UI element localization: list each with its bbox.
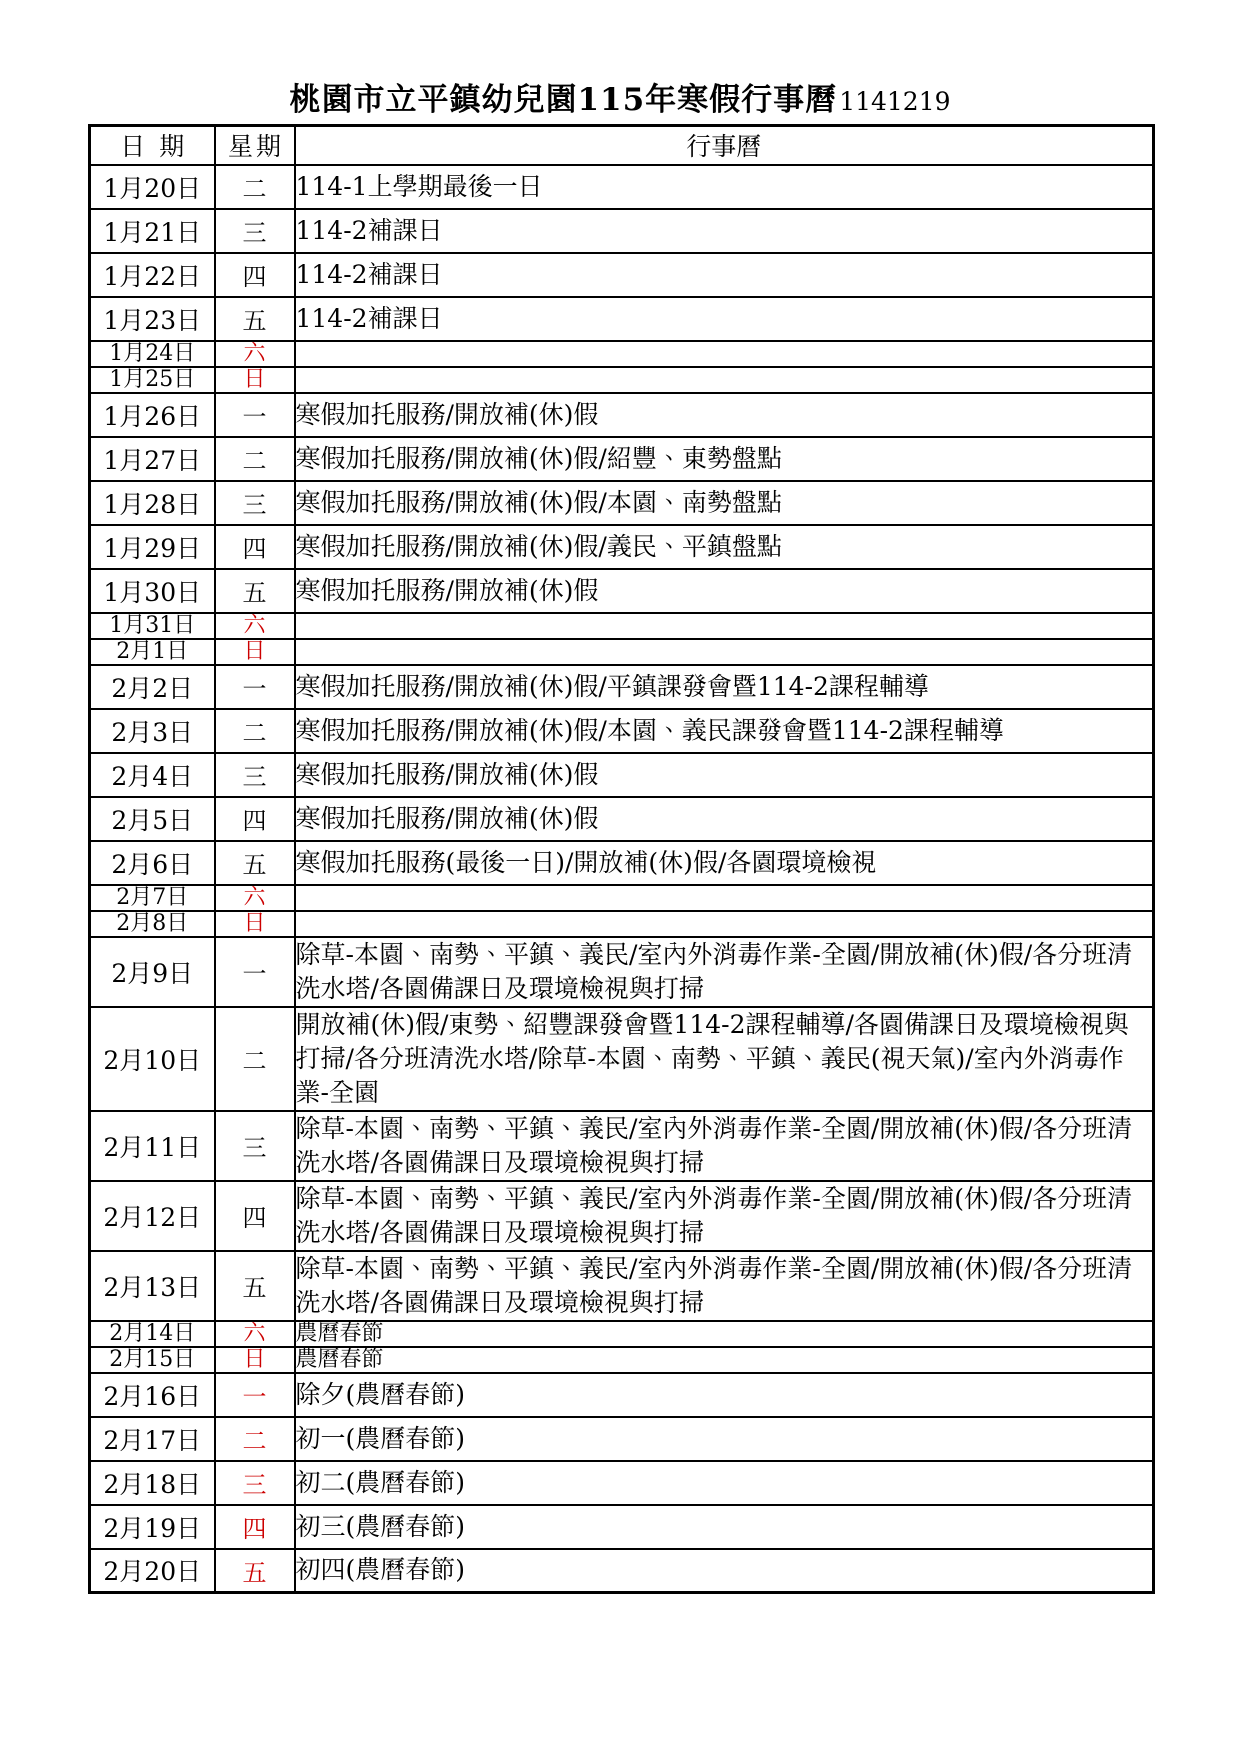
event-cell: 除草-本園、南勢、平鎮、義民/室內外消毒作業-全園/開放補(休)假/各分班清洗水… [295, 1251, 1154, 1321]
table-row: 2月6日五寒假加托服務(最後一日)/開放補(休)假/各園環境檢視 [90, 841, 1154, 885]
table-row: 2月9日一除草-本園、南勢、平鎮、義民/室內外消毒作業-全園/開放補(休)假/各… [90, 937, 1154, 1007]
event-cell: 開放補(休)假/東勢、紹豐課發會暨114-2課程輔導/各園備課日及環境檢視與打掃… [295, 1007, 1154, 1111]
header-date: 日期 [90, 126, 215, 165]
date-cell: 1月21日 [90, 209, 215, 253]
date-cell: 2月13日 [90, 1251, 215, 1321]
weekday-cell: 三 [215, 209, 295, 253]
date-cell: 2月7日 [90, 885, 215, 911]
weekday-cell: 五 [215, 297, 295, 341]
table-row: 1月28日三寒假加托服務/開放補(休)假/本園、南勢盤點 [90, 481, 1154, 525]
date-cell: 1月28日 [90, 481, 215, 525]
event-cell: 寒假加托服務/開放補(休)假/紹豐、東勢盤點 [295, 437, 1154, 481]
date-cell: 2月4日 [90, 753, 215, 797]
weekday-cell: 二 [215, 437, 295, 481]
weekday-cell: 六 [215, 613, 295, 639]
event-cell: 初四(農曆春節) [295, 1549, 1154, 1593]
event-cell: 寒假加托服務/開放補(休)假 [295, 753, 1154, 797]
date-cell: 1月25日 [90, 367, 215, 393]
date-cell: 1月27日 [90, 437, 215, 481]
event-cell [295, 367, 1154, 393]
header-weekday: 星期 [215, 126, 295, 165]
table-row: 2月3日二寒假加托服務/開放補(休)假/本園、義民課發會暨114-2課程輔導 [90, 709, 1154, 753]
date-cell: 1月26日 [90, 393, 215, 437]
event-cell [295, 341, 1154, 367]
date-cell: 1月24日 [90, 341, 215, 367]
table-row: 2月17日二初一(農曆春節) [90, 1417, 1154, 1461]
date-cell: 2月9日 [90, 937, 215, 1007]
weekday-cell: 五 [215, 1549, 295, 1593]
event-cell: 除草-本園、南勢、平鎮、義民/室內外消毒作業-全園/開放補(休)假/各分班清洗水… [295, 937, 1154, 1007]
event-cell [295, 911, 1154, 937]
table-row: 2月16日一除夕(農曆春節) [90, 1373, 1154, 1417]
table-row: 1月27日二寒假加托服務/開放補(休)假/紹豐、東勢盤點 [90, 437, 1154, 481]
weekday-cell: 三 [215, 1461, 295, 1505]
date-cell: 2月3日 [90, 709, 215, 753]
event-cell: 寒假加托服務(最後一日)/開放補(休)假/各園環境檢視 [295, 841, 1154, 885]
date-cell: 2月14日 [90, 1321, 215, 1347]
table-row: 1月26日一寒假加托服務/開放補(休)假 [90, 393, 1154, 437]
weekday-cell: 三 [215, 481, 295, 525]
event-cell: 寒假加托服務/開放補(休)假/本園、義民課發會暨114-2課程輔導 [295, 709, 1154, 753]
table-row: 2月14日六農曆春節 [90, 1321, 1154, 1347]
date-cell: 2月6日 [90, 841, 215, 885]
date-cell: 2月17日 [90, 1417, 215, 1461]
date-cell: 1月22日 [90, 253, 215, 297]
date-cell: 1月29日 [90, 525, 215, 569]
event-cell: 初二(農曆春節) [295, 1461, 1154, 1505]
table-row: 2月15日日農曆春節 [90, 1347, 1154, 1373]
weekday-cell: 一 [215, 393, 295, 437]
event-cell: 114-1上學期最後一日 [295, 165, 1154, 209]
table-row: 2月20日五初四(農曆春節) [90, 1549, 1154, 1593]
date-cell: 2月11日 [90, 1111, 215, 1181]
weekday-cell: 二 [215, 1417, 295, 1461]
weekday-cell: 日 [215, 367, 295, 393]
event-cell: 寒假加托服務/開放補(休)假/平鎮課發會暨114-2課程輔導 [295, 665, 1154, 709]
table-row: 2月4日三寒假加托服務/開放補(休)假 [90, 753, 1154, 797]
table-row: 2月1日日 [90, 639, 1154, 665]
event-cell: 寒假加托服務/開放補(休)假/本園、南勢盤點 [295, 481, 1154, 525]
date-cell: 1月30日 [90, 569, 215, 613]
header-row: 日期 星期 行事曆 [90, 126, 1154, 165]
weekday-cell: 三 [215, 1111, 295, 1181]
date-cell: 2月2日 [90, 665, 215, 709]
date-cell: 2月12日 [90, 1181, 215, 1251]
date-cell: 2月8日 [90, 911, 215, 937]
weekday-cell: 二 [215, 709, 295, 753]
weekday-cell: 六 [215, 885, 295, 911]
event-cell [295, 613, 1154, 639]
weekday-cell: 日 [215, 1347, 295, 1373]
table-row: 1月23日五114-2補課日 [90, 297, 1154, 341]
date-cell: 2月1日 [90, 639, 215, 665]
event-cell: 初一(農曆春節) [295, 1417, 1154, 1461]
table-row: 1月22日四114-2補課日 [90, 253, 1154, 297]
weekday-cell: 三 [215, 753, 295, 797]
table-row: 2月18日三初二(農曆春節) [90, 1461, 1154, 1505]
table-row: 1月29日四寒假加托服務/開放補(休)假/義民、平鎮盤點 [90, 525, 1154, 569]
table-row: 1月20日二114-1上學期最後一日 [90, 165, 1154, 209]
event-cell: 農曆春節 [295, 1347, 1154, 1373]
date-cell: 2月20日 [90, 1549, 215, 1593]
weekday-cell: 日 [215, 911, 295, 937]
event-cell: 寒假加托服務/開放補(休)假/義民、平鎮盤點 [295, 525, 1154, 569]
date-cell: 2月10日 [90, 1007, 215, 1111]
table-row: 2月12日四除草-本園、南勢、平鎮、義民/室內外消毒作業-全園/開放補(休)假/… [90, 1181, 1154, 1251]
event-cell: 114-2補課日 [295, 209, 1154, 253]
event-cell: 114-2補課日 [295, 297, 1154, 341]
date-cell: 2月19日 [90, 1505, 215, 1549]
weekday-cell: 四 [215, 525, 295, 569]
table-row: 2月5日四寒假加托服務/開放補(休)假 [90, 797, 1154, 841]
weekday-cell: 六 [215, 341, 295, 367]
weekday-cell: 四 [215, 797, 295, 841]
date-cell: 1月31日 [90, 613, 215, 639]
date-cell: 2月15日 [90, 1347, 215, 1373]
table-row: 2月11日三除草-本園、南勢、平鎮、義民/室內外消毒作業-全園/開放補(休)假/… [90, 1111, 1154, 1181]
event-cell: 除草-本園、南勢、平鎮、義民/室內外消毒作業-全園/開放補(休)假/各分班清洗水… [295, 1181, 1154, 1251]
event-cell [295, 885, 1154, 911]
event-cell: 寒假加托服務/開放補(休)假 [295, 797, 1154, 841]
date-cell: 2月18日 [90, 1461, 215, 1505]
event-cell: 114-2補課日 [295, 253, 1154, 297]
calendar-table-body: 1月20日二114-1上學期最後一日1月21日三114-2補課日1月22日四11… [90, 165, 1154, 1593]
event-cell: 除草-本園、南勢、平鎮、義民/室內外消毒作業-全園/開放補(休)假/各分班清洗水… [295, 1111, 1154, 1181]
table-row: 1月24日六 [90, 341, 1154, 367]
weekday-cell: 四 [215, 253, 295, 297]
weekday-cell: 五 [215, 569, 295, 613]
date-cell: 1月20日 [90, 165, 215, 209]
table-row: 2月10日二開放補(休)假/東勢、紹豐課發會暨114-2課程輔導/各園備課日及環… [90, 1007, 1154, 1111]
table-row: 2月8日日 [90, 911, 1154, 937]
date-cell: 2月16日 [90, 1373, 215, 1417]
table-row: 1月21日三114-2補課日 [90, 209, 1154, 253]
weekday-cell: 五 [215, 1251, 295, 1321]
weekday-cell: 一 [215, 1373, 295, 1417]
weekday-cell: 一 [215, 665, 295, 709]
weekday-cell: 二 [215, 165, 295, 209]
date-cell: 1月23日 [90, 297, 215, 341]
document-page: 桃園市立平鎮幼兒園115年寒假行事曆1141219 日期 星期 行事曆 1月20… [0, 0, 1240, 1754]
table-row: 2月2日一寒假加托服務/開放補(休)假/平鎮課發會暨114-2課程輔導 [90, 665, 1154, 709]
table-row: 1月30日五寒假加托服務/開放補(休)假 [90, 569, 1154, 613]
date-cell: 2月5日 [90, 797, 215, 841]
event-cell: 寒假加托服務/開放補(休)假 [295, 569, 1154, 613]
weekday-cell: 日 [215, 639, 295, 665]
calendar-table: 日期 星期 行事曆 1月20日二114-1上學期最後一日1月21日三114-2補… [88, 124, 1155, 1594]
page-title-version-number: 1141219 [839, 87, 950, 116]
table-row: 2月19日四初三(農曆春節) [90, 1505, 1154, 1549]
event-cell: 農曆春節 [295, 1321, 1154, 1347]
table-row: 2月13日五除草-本園、南勢、平鎮、義民/室內外消毒作業-全園/開放補(休)假/… [90, 1251, 1154, 1321]
weekday-cell: 六 [215, 1321, 295, 1347]
weekday-cell: 五 [215, 841, 295, 885]
event-cell [295, 639, 1154, 665]
calendar-table-header: 日期 星期 行事曆 [90, 126, 1154, 165]
weekday-cell: 四 [215, 1505, 295, 1549]
page-title-text: 桃園市立平鎮幼兒園115年寒假行事曆 [289, 82, 837, 118]
event-cell: 寒假加托服務/開放補(休)假 [295, 393, 1154, 437]
weekday-cell: 一 [215, 937, 295, 1007]
event-cell: 初三(農曆春節) [295, 1505, 1154, 1549]
table-row: 2月7日六 [90, 885, 1154, 911]
weekday-cell: 四 [215, 1181, 295, 1251]
table-row: 1月31日六 [90, 613, 1154, 639]
header-events: 行事曆 [295, 126, 1154, 165]
page-title: 桃園市立平鎮幼兒園115年寒假行事曆1141219 [0, 74, 1240, 119]
event-cell: 除夕(農曆春節) [295, 1373, 1154, 1417]
table-row: 1月25日日 [90, 367, 1154, 393]
weekday-cell: 二 [215, 1007, 295, 1111]
